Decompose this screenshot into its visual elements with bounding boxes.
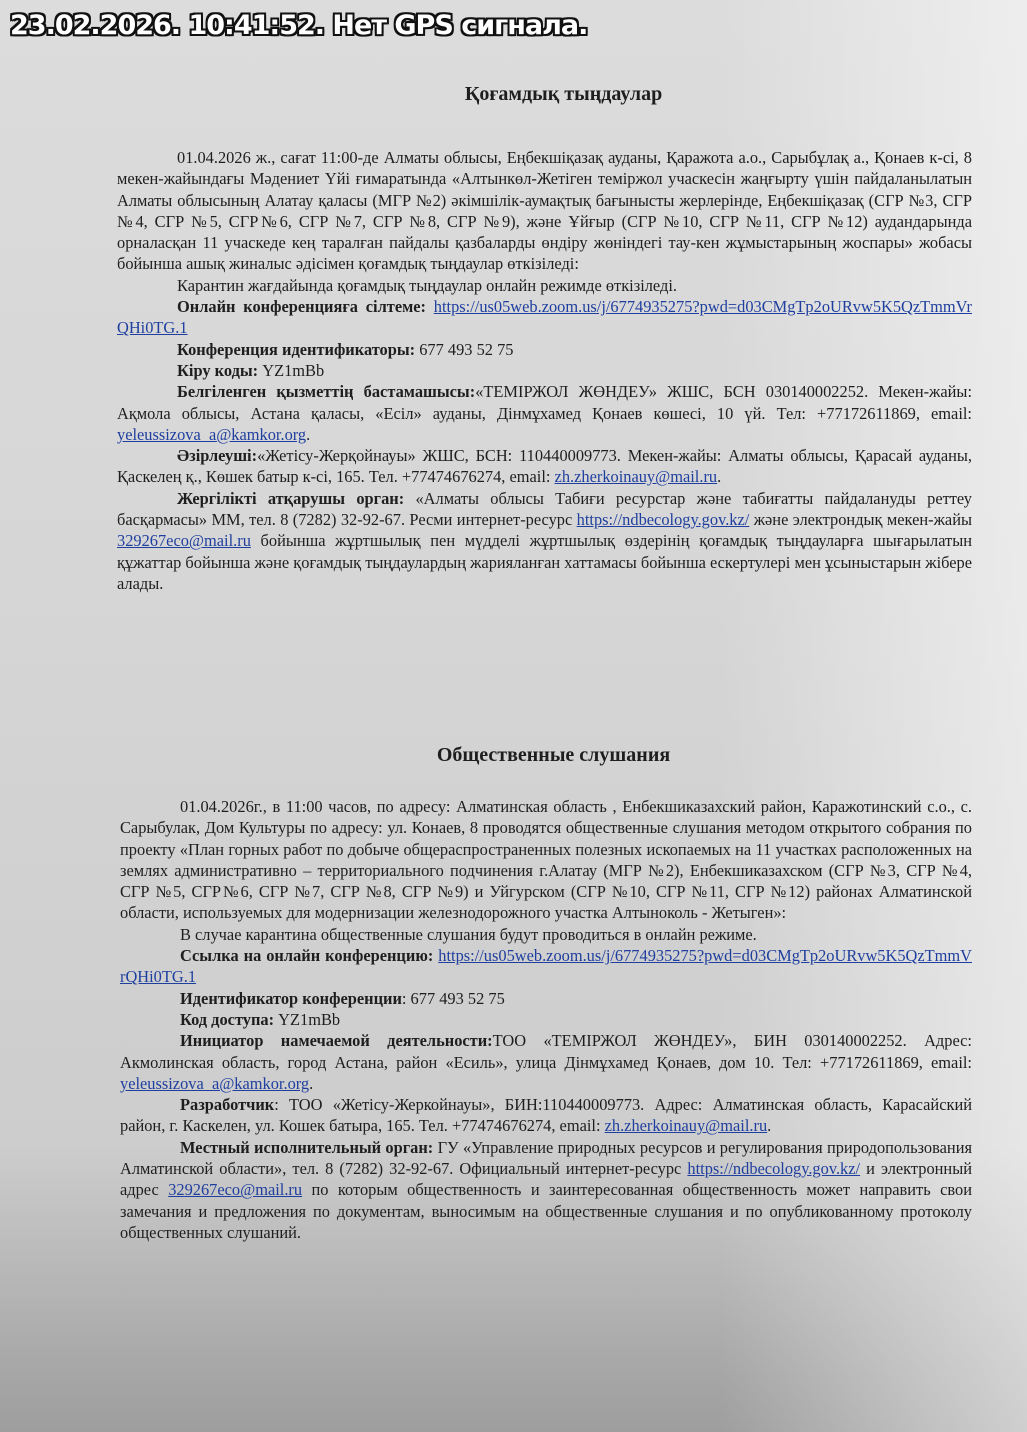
kz-section-title: Қоғамдық тыңдаулар <box>50 83 1027 106</box>
ru-local-label: Местный исполнительный орган: <box>180 1138 433 1157</box>
ru-section-title: Общественные слушания <box>40 744 1027 767</box>
kz-initiator-paragraph: Белгіленген қызметтің бастамашысы:«ТЕМІР… <box>117 381 972 445</box>
kz-section-body: 01.04.2026 ж., сағат 11:00-де Алматы обл… <box>117 147 972 594</box>
ru-code-label: Код доступа: <box>180 1010 274 1029</box>
kz-initiator-email-link[interactable]: yeleussizova_a@kamkor.org <box>117 425 306 444</box>
kz-code-line: Кіру коды: YZ1mBb <box>117 360 972 381</box>
ru-conf-id-label: Идентификатор конференции <box>180 989 402 1008</box>
document-photo: 23.02.2026. 10:41:52. Нет GPS сигнала. Қ… <box>0 0 1027 1432</box>
ru-local-email-link[interactable]: 329267eco@mail.ru <box>168 1180 302 1199</box>
kz-quarantine-note: Карантин жағдайында қоғамдық тыңдаулар о… <box>117 275 972 296</box>
ru-quarantine-note: В случае карантина общественные слушания… <box>120 924 972 945</box>
ru-code-value: YZ1mBb <box>274 1010 340 1029</box>
ru-local-authority-paragraph: Местный исполнительный орган: ГУ «Управл… <box>120 1137 972 1243</box>
ru-link-line: Ссылка на онлайн конференцию: https://us… <box>120 945 972 988</box>
kz-code-value: YZ1mBb <box>262 361 324 380</box>
ru-conf-id-line: Идентификатор конференции: 677 493 52 75 <box>120 988 972 1009</box>
ru-developer-label: Разработчик <box>180 1095 274 1114</box>
ru-initiator-email-link[interactable]: yeleussizova_a@kamkor.org <box>120 1074 309 1093</box>
ru-section-body: 01.04.2026г., в 11:00 часов, по адресу: … <box>120 796 972 1243</box>
kz-local-authority-paragraph: Жергілікті атқарушы орган: «Алматы облыс… <box>117 488 972 594</box>
ru-intro-paragraph: 01.04.2026г., в 11:00 часов, по адресу: … <box>120 796 972 924</box>
kz-intro-paragraph: 01.04.2026 ж., сағат 11:00-де Алматы обл… <box>117 147 972 275</box>
ru-developer-email-link[interactable]: zh.zherkoinauy@mail.ru <box>605 1116 768 1135</box>
kz-link-line: Онлайн конференцияға сілтеме: https://us… <box>117 296 972 339</box>
kz-developer-email-link[interactable]: zh.zherkoinauy@mail.ru <box>555 467 718 486</box>
ru-initiator-paragraph: Инициатор намечаемой деятельности:ТОО «Т… <box>120 1030 972 1094</box>
kz-local-site-link[interactable]: https://ndbecology.gov.kz/ <box>577 510 750 529</box>
ru-code-line: Код доступа: YZ1mBb <box>120 1009 972 1030</box>
timestamp-overlay: 23.02.2026. 10:41:52. Нет GPS сигнала. <box>10 10 587 41</box>
kz-developer-paragraph: Әзірлеуші:«Жетісу-Жерқойнауы» ЖШС, БСН: … <box>117 445 972 488</box>
kz-conf-id-value: 677 493 52 75 <box>419 340 513 359</box>
ru-local-site-link[interactable]: https://ndbecology.gov.kz/ <box>687 1159 860 1178</box>
kz-local-label: Жергілікті атқарушы орган: <box>177 489 404 508</box>
ru-developer-paragraph: Разработчик: ТОО «Жетісу-Жеркойнауы», БИ… <box>120 1094 972 1137</box>
kz-developer-label: Әзірлеуші: <box>177 446 257 465</box>
kz-initiator-label: Белгіленген қызметтің бастамашысы: <box>177 382 475 401</box>
kz-conf-id-label: Конференция идентификаторы: <box>177 340 415 359</box>
kz-link-label: Онлайн конференцияға сілтеме: <box>177 297 426 316</box>
kz-conf-id-line: Конференция идентификаторы: 677 493 52 7… <box>117 339 972 360</box>
ru-initiator-label: Инициатор намечаемой деятельности: <box>180 1031 493 1050</box>
ru-conf-id-value: : 677 493 52 75 <box>402 989 505 1008</box>
kz-local-email-link[interactable]: 329267eco@mail.ru <box>117 531 251 550</box>
kz-local-text-2: және электрондық мекен-жайы <box>749 510 972 529</box>
kz-code-label: Кіру коды: <box>177 361 258 380</box>
ru-link-label: Ссылка на онлайн конференцию: <box>180 946 433 965</box>
